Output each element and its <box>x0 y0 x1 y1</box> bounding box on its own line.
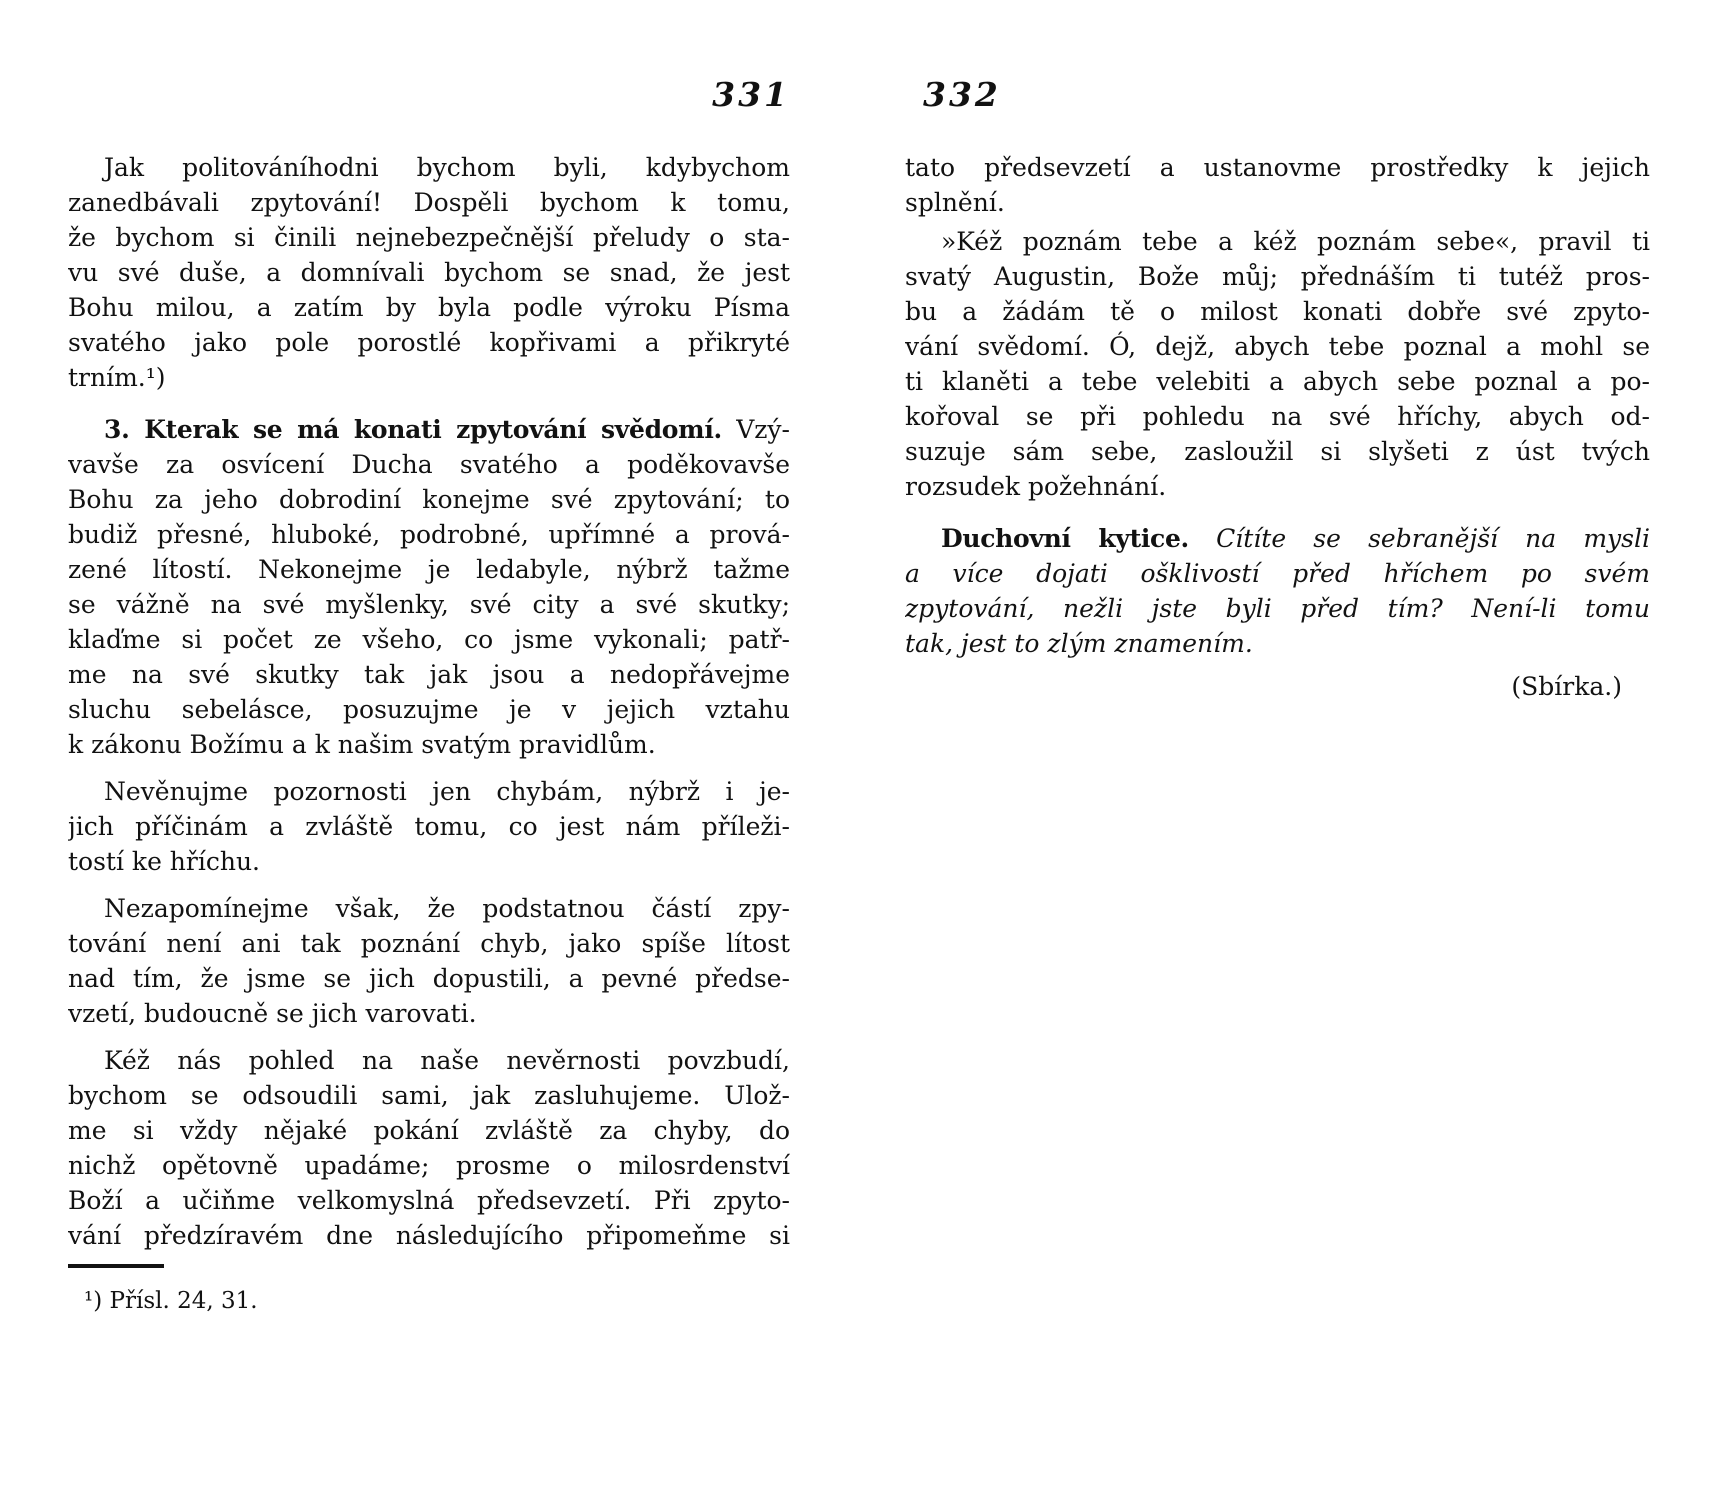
text-line: rozsudek požehnání. <box>905 469 1650 504</box>
body-text: jich příčinám a zvláště tomu, co jest ná… <box>68 812 790 841</box>
body-text: svatého jako pole porostlé kopřivami a p… <box>68 328 790 357</box>
text-line: tato předsevzetí a ustanovme prostředky … <box>905 150 1650 185</box>
italic-text: tak, jest to zlým znamením. <box>905 629 1253 658</box>
text-line: sluchu sebelásce, posuzujme je v jejich … <box>68 692 790 727</box>
text-line: svatého jako pole porostlé kopřivami a p… <box>68 325 790 360</box>
text-line: 3. Kterak se má konati zpytování svědomí… <box>68 412 790 447</box>
body-text: Vzý- <box>722 415 790 444</box>
body-text: splnění. <box>905 188 1005 217</box>
body-text: zanedbávali zpytování! Dospěli bychom k … <box>68 188 790 217</box>
body-text: zené lítostí. Nekonejme je ledabyle, nýb… <box>68 555 790 584</box>
paragraph: Jak politováníhodni bychom byli, kdybych… <box>68 150 790 395</box>
body-text: vání předzíravém dne následujícího připo… <box>68 1221 790 1250</box>
text-line: se vážně na své myšlenky, své city a své… <box>68 587 790 622</box>
body-text: nichž opětovně upadáme; prosme o milosrd… <box>68 1151 790 1180</box>
text-line: splnění. <box>905 185 1650 220</box>
text-line: kořoval se při pohledu na své hříchy, ab… <box>905 399 1650 434</box>
body-text: suzuje sám sebe, zasloužil si slyšeti z … <box>905 437 1650 466</box>
text-line: vání svědomí. Ó, dejž, abych tebe poznal… <box>905 329 1650 364</box>
paragraph: 3. Kterak se má konati zpytování svědomí… <box>68 412 790 762</box>
source-attribution: (Sbírka.) <box>905 669 1650 704</box>
paragraph: Nezapomínejme však, že podstatnou částí … <box>68 891 790 1031</box>
body-text: vu své duše, a domnívali bychom se snad,… <box>68 258 790 287</box>
text-line: klaďme si počet ze všeho, co jsme vykona… <box>68 622 790 657</box>
body-text: se vážně na své myšlenky, své city a své… <box>68 590 790 619</box>
body-text: vavše za osvícení Ducha svatého a poděko… <box>68 450 790 479</box>
body-text: Jak politováníhodni bychom byli, kdybych… <box>104 153 790 182</box>
body-text: me na své skutky tak jak jsou a nedopřáv… <box>68 660 790 689</box>
body-text: bychom se odsoudili sami, jak zasluhujem… <box>68 1081 790 1110</box>
body-text: k zákonu Božímu a k našim svatým pravidl… <box>68 730 656 759</box>
text-line: tak, jest to zlým znamením. <box>905 626 1650 661</box>
footnote: ¹) Přísl. 24, 31. <box>68 1284 790 1318</box>
text-line: že bychom si činili nejnebezpečnější pře… <box>68 220 790 255</box>
paragraph: Duchovní kytice. Cítíte se sebranější na… <box>905 521 1650 661</box>
paragraph: tato předsevzetí a ustanovme prostředky … <box>905 150 1650 220</box>
text-line: vzetí, budoucně se jich varovati. <box>68 996 790 1031</box>
text-line: jich příčinám a zvláště tomu, co jest ná… <box>68 809 790 844</box>
body-text: tování není ani tak poznání chyb, jako s… <box>68 929 790 958</box>
text-line: vavše za osvícení Ducha svatého a poděko… <box>68 447 790 482</box>
italic-text: Cítíte se sebranější na mysli <box>1189 524 1650 553</box>
text-line: Nevěnujme pozornosti jen chybám, nýbrž i… <box>68 774 790 809</box>
italic-text: a více dojati ošklivostí před hříchem po… <box>905 559 1650 588</box>
body-text: nad tím, že jsme se jich dopustili, a pe… <box>68 964 790 993</box>
body-text: vání svědomí. Ó, dejž, abych tebe poznal… <box>905 332 1650 361</box>
text-line: budiž přesné, hluboké, podrobné, upřímné… <box>68 517 790 552</box>
body-text: rozsudek požehnání. <box>905 472 1166 501</box>
page-number-331: 331 <box>68 76 790 114</box>
body-text: Nezapomínejme však, že podstatnou částí … <box>104 894 790 923</box>
text-line: tostí ke hříchu. <box>68 844 790 879</box>
text-line: k zákonu Božímu a k našim svatým pravidl… <box>68 727 790 762</box>
text-line: suzuje sám sebe, zasloužil si slyšeti z … <box>905 434 1650 469</box>
page-331-text-column: Jak politováníhodni bychom byli, kdybych… <box>68 150 790 1253</box>
body-text: tato předsevzetí a ustanovme prostředky … <box>905 153 1650 182</box>
text-line: Nezapomínejme však, že podstatnou částí … <box>68 891 790 926</box>
body-text: »Kéž poznám tebe a kéž poznám sebe«, pra… <box>941 227 1650 256</box>
text-line: zpytování, nežli jste byli před tím? Nen… <box>905 591 1650 626</box>
text-line: bu a žádám tě o milost konati dobře své … <box>905 294 1650 329</box>
paragraph: Kéž nás pohled na naše nevěrnosti povzbu… <box>68 1043 790 1253</box>
bold-text: Duchovní kytice. <box>941 524 1189 553</box>
text-line: svatý Augustin, Bože můj; přednáším ti t… <box>905 259 1650 294</box>
text-line: a více dojati ošklivostí před hříchem po… <box>905 556 1650 591</box>
body-text: klaďme si počet ze všeho, co jsme vykona… <box>68 625 790 654</box>
body-text: svatý Augustin, Bože můj; přednáším ti t… <box>905 262 1650 291</box>
text-line: Bohu milou, a zatím by byla podle výroku… <box>68 290 790 325</box>
text-line: vání předzíravém dne následujícího připo… <box>68 1218 790 1253</box>
page-332-text-column: tato předsevzetí a ustanovme prostředky … <box>905 150 1650 704</box>
text-line: tování není ani tak poznání chyb, jako s… <box>68 926 790 961</box>
paragraph: Nevěnujme pozornosti jen chybám, nýbrž i… <box>68 774 790 879</box>
footnote-rule <box>68 1264 164 1268</box>
page-number-332: 332 <box>923 76 1001 114</box>
body-text: budiž přesné, hluboké, podrobné, upřímné… <box>68 520 790 549</box>
text-line: Jak politováníhodni bychom byli, kdybych… <box>68 150 790 185</box>
body-text: ti klaněti a tebe velebiti a abych sebe … <box>905 367 1650 396</box>
text-line: vu své duše, a domnívali bychom se snad,… <box>68 255 790 290</box>
body-text: že bychom si činili nejnebezpečnější pře… <box>68 223 790 252</box>
text-line: Kéž nás pohled na naše nevěrnosti povzbu… <box>68 1043 790 1078</box>
book-spread: { "colors": { "ink": "#121212", "paper":… <box>0 0 1716 1500</box>
text-line: Boží a učiňme velkomyslná předsevzetí. P… <box>68 1183 790 1218</box>
body-text: trním.¹) <box>68 363 166 392</box>
paragraph: »Kéž poznám tebe a kéž poznám sebe«, pra… <box>905 224 1650 504</box>
body-text: Boží a učiňme velkomyslná předsevzetí. P… <box>68 1186 790 1215</box>
text-line: Duchovní kytice. Cítíte se sebranější na… <box>905 521 1650 556</box>
body-text: sluchu sebelásce, posuzujme je v jejich … <box>68 695 790 724</box>
text-line: zanedbávali zpytování! Dospěli bychom k … <box>68 185 790 220</box>
body-text: bu a žádám tě o milost konati dobře své … <box>905 297 1650 326</box>
body-text: me si vždy nějaké pokání zvláště za chyb… <box>68 1116 790 1145</box>
body-text: vzetí, budoucně se jich varovati. <box>68 999 477 1028</box>
text-line: »Kéž poznám tebe a kéž poznám sebe«, pra… <box>905 224 1650 259</box>
italic-text: zpytování, nežli jste byli před tím? Nen… <box>905 594 1650 623</box>
text-line: bychom se odsoudili sami, jak zasluhujem… <box>68 1078 790 1113</box>
body-text: tostí ke hříchu. <box>68 847 260 876</box>
body-text: Bohu za jeho dobrodiní konejme své zpyto… <box>68 485 790 514</box>
text-line: nichž opětovně upadáme; prosme o milosrd… <box>68 1148 790 1183</box>
text-line: Bohu za jeho dobrodiní konejme své zpyto… <box>68 482 790 517</box>
text-line: nad tím, že jsme se jich dopustili, a pe… <box>68 961 790 996</box>
body-text: Bohu milou, a zatím by byla podle výroku… <box>68 293 790 322</box>
body-text: Kéž nás pohled na naše nevěrnosti povzbu… <box>104 1046 790 1075</box>
body-text: Nevěnujme pozornosti jen chybám, nýbrž i… <box>104 777 790 806</box>
text-line: ti klaněti a tebe velebiti a abych sebe … <box>905 364 1650 399</box>
body-text: kořoval se při pohledu na své hříchy, ab… <box>905 402 1650 431</box>
text-line: me si vždy nějaké pokání zvláště za chyb… <box>68 1113 790 1148</box>
text-line: trním.¹) <box>68 360 790 395</box>
text-line: me na své skutky tak jak jsou a nedopřáv… <box>68 657 790 692</box>
text-line: zené lítostí. Nekonejme je ledabyle, nýb… <box>68 552 790 587</box>
bold-text: 3. Kterak se má konati zpytování svědomí… <box>104 415 722 444</box>
